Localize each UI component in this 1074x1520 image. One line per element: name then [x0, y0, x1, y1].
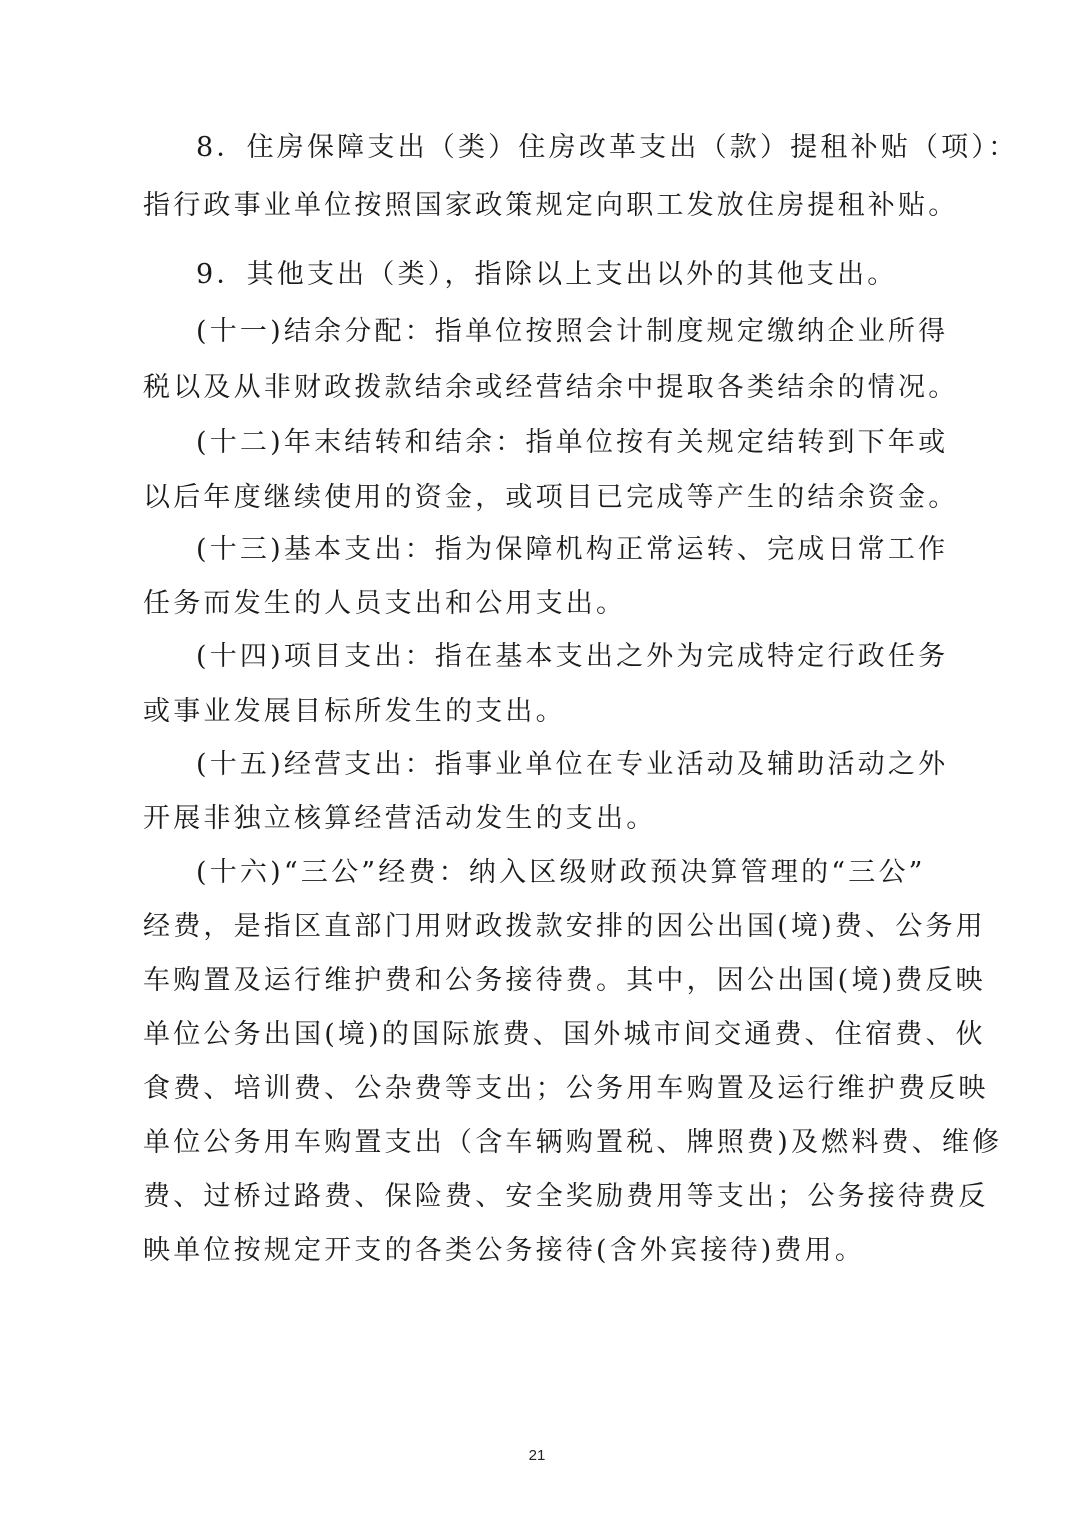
text-line: 8．住房保障支出（类）住房改革支出（款）提租补贴（项）： — [196, 131, 1018, 165]
text-line: 单位公务用车购置支出（含车辆购置税、牌照费)及燃料费、维修 — [143, 1126, 1002, 1160]
text-line: 以后年度继续使用的资金，或项目已完成等产生的结余资金。 — [143, 481, 958, 515]
text-line: 9．其他支出（类），指除以上支出以外的其他支出。 — [196, 258, 897, 292]
text-line: 食费、培训费、公杂费等支出；公务用车购置及运行维护费反映 — [143, 1072, 989, 1106]
page-number: 21 — [0, 1447, 1074, 1464]
text-line: 税以及从非财政拨款结余或经营结余中提取各类结余的情况。 — [143, 371, 958, 405]
text-line: 指行政事业单位按照国家政策规定向职工发放住房提租补贴。 — [143, 189, 958, 223]
text-line: (十一)结余分配：指单位按照会计制度规定缴纳企业所得 — [196, 315, 948, 349]
text-line: 映单位按规定开支的各类公务接待(含外宾接待)费用。 — [143, 1234, 865, 1268]
text-line: 开展非独立核算经营活动发生的支出。 — [143, 802, 656, 836]
text-line: (十五)经营支出：指事业单位在专业活动及辅助活动之外 — [196, 748, 948, 782]
text-line: (十二)年末结转和结余：指单位按有关规定结转到下年或 — [196, 426, 948, 460]
text-line: (十四)项目支出：指在基本支出之外为完成特定行政任务 — [196, 640, 948, 674]
text-line: 经费，是指区直部门用财政拨款安排的因公出国(境)费、公务用 — [143, 910, 986, 944]
text-line: 车购置及运行维护费和公务接待费。其中，因公出国(境)费反映 — [143, 964, 986, 998]
text-line: 费、过桥过路费、保险费、安全奖励费用等支出；公务接待费反 — [143, 1180, 989, 1214]
text-line: (十三)基本支出：指为保障机构正常运转、完成日常工作 — [196, 533, 948, 567]
text-line: (十六)“三公”经费：纳入区级财政预决算管理的“三公” — [196, 856, 926, 890]
text-line: 任务而发生的人员支出和公用支出。 — [143, 587, 626, 621]
text-line: 单位公务出国(境)的国际旅费、国外城市间交通费、住宿费、伙 — [143, 1018, 986, 1052]
text-line: 或事业发展目标所发生的支出。 — [143, 695, 566, 729]
